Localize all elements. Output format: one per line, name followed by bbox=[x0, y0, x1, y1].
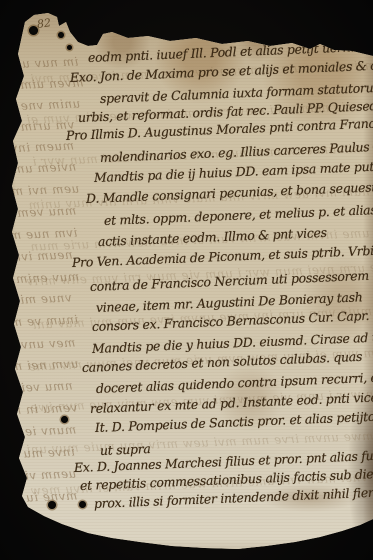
bleedthrough-text-line: muem invu bbox=[2, 139, 74, 156]
bleedthrough-text-line: unim vne m bbox=[4, 96, 81, 113]
paper-hole bbox=[311, 34, 318, 41]
bleedthrough-text-line: muv enim u bbox=[3, 269, 80, 286]
bleedthrough-text-line: im nuv uom bbox=[2, 54, 79, 71]
paper-hole bbox=[29, 26, 38, 35]
paper-hole bbox=[79, 501, 86, 508]
bleedthrough-text-line: ivm nue mv bbox=[2, 225, 78, 242]
bleedthrough-text-line: mnu vem iu bbox=[0, 203, 77, 220]
bleedthrough-text-line: mev unvi m bbox=[0, 335, 76, 352]
paper-hole bbox=[61, 416, 68, 423]
bleedthrough-text-line: vemu in mv bbox=[2, 400, 78, 417]
bleedthrough-text-line: inve mu nv bbox=[3, 445, 75, 462]
paper-hole bbox=[67, 45, 72, 50]
bleedthrough-text-line: uvm nei mv bbox=[3, 356, 79, 373]
bleedthrough-text-line: neum ivn u bbox=[0, 248, 73, 265]
bleedthrough-text-line: vnue mi nv bbox=[0, 291, 72, 308]
paper-hole bbox=[6, 519, 10, 523]
manuscript-text-line: ut supra bbox=[100, 441, 151, 458]
bleedthrough-text-line: munv ie um bbox=[0, 422, 77, 439]
photograph-background: im nuv uommven uim nvunim vne mvm urim u… bbox=[0, 0, 373, 560]
bleedthrough-text-line: vm urim ue bbox=[0, 118, 75, 135]
paper-hole bbox=[58, 32, 64, 38]
bleedthrough-text-line: mvne iu vm bbox=[2, 488, 78, 505]
bleedthrough-text-line: inum ve mu bbox=[2, 312, 79, 329]
folio-number: 82 bbox=[36, 16, 51, 31]
paper-hole bbox=[48, 501, 56, 509]
bleedthrough-text-line: nviem um n bbox=[0, 159, 77, 176]
bleedthrough-text-line: nmu vei un bbox=[0, 379, 73, 396]
manuscript-text-line: et mlts. oppm. deponere, et melius p. et… bbox=[104, 201, 373, 228]
bleedthrough-text-line: uenm vi mu bbox=[0, 466, 77, 483]
bleedthrough-text-line: uem nvi mu bbox=[3, 181, 80, 198]
manuscript-page: im nuv uommven uim nvunim vne mvm urim u… bbox=[0, 0, 373, 560]
